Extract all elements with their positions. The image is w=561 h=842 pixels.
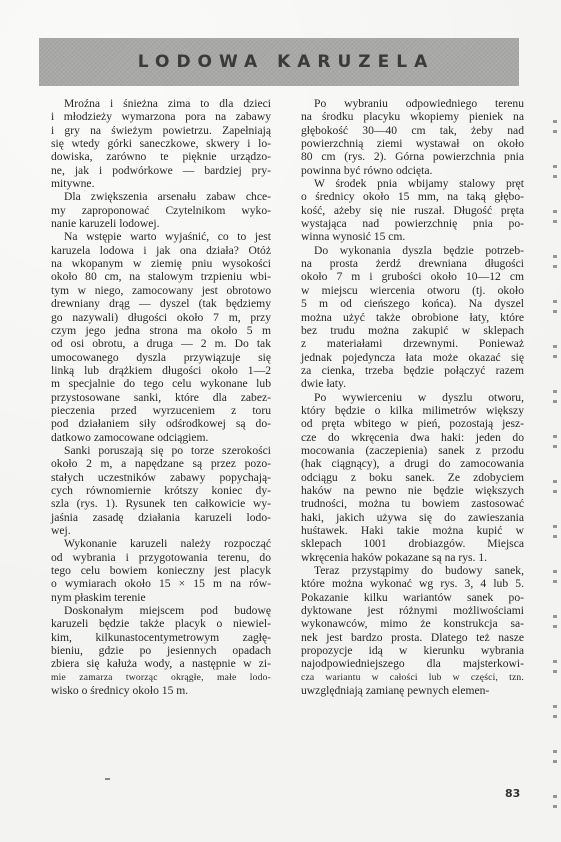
text-line: około 2 m, a napędzane są przez pozo- — [51, 457, 271, 470]
bleed-mark — [553, 535, 557, 538]
text-line: Do wykonania dyszla będzie potrzeb- — [301, 244, 524, 257]
text-line: wykonawców, mimo że konstrukcja sa- — [301, 617, 524, 630]
paragraph: Teraz przystąpimy do budowy sanek,które … — [301, 564, 524, 697]
text-line: dowiska, zarówno te pięknie urządzo- — [51, 150, 271, 163]
text-line: najodpowiedniejszego dla majsterkowi- — [301, 657, 524, 670]
text-line: o średnicy około 15 mm, na taką głębo- — [301, 190, 524, 203]
text-line: winna wynosić 15 cm. — [301, 230, 524, 243]
bleed-mark — [553, 750, 557, 753]
text-line: tego celu bowiem konieczny jest placyk — [51, 564, 271, 577]
text-line: W środek pnia wbijamy stalowy pręt — [301, 177, 524, 190]
text-line: na wkopanym w ziemię pniu wysokości — [51, 257, 271, 270]
text-line: na środku placyku wkopiemy pieniek na — [301, 110, 524, 123]
text-line: powinna być równo odcięta. — [301, 164, 524, 177]
text-line: od pręta wbitego w pień, pozostają jesz- — [301, 417, 524, 430]
text-line: huśtawek. Haki takie można kupić w — [301, 524, 524, 537]
bleed-mark — [553, 795, 557, 798]
paragraph: Wykonanie karuzeli należy rozpocząćod wy… — [51, 537, 271, 604]
paragraph: Do wykonania dyszla będzie potrzeb-na pr… — [301, 244, 524, 391]
text-line: 80 cm (rys. 2). Górna powierzchnia pnia — [301, 150, 524, 163]
bleed-mark — [553, 165, 557, 168]
text-line: od osi obrotu, a druga — 2 m. Do tak — [51, 337, 271, 350]
text-line: i młodzieży wymarzona pora na zabawy — [51, 110, 271, 123]
text-line: z materiałami drzewnymi. Ponieważ — [301, 337, 524, 350]
text-line: Wykonanie karuzeli należy rozpocząć — [51, 537, 271, 550]
text-line: wej. — [51, 524, 271, 537]
bleed-mark — [553, 670, 557, 673]
text-line: w miejscu wiercenia otworu (tj. około — [301, 284, 524, 297]
bleed-mark — [553, 625, 557, 628]
text-line: drewniany drąg — dyszel (tak będziemy — [51, 297, 271, 310]
text-line: mitywne. — [51, 177, 271, 190]
text-line: karuzela lodowa i jak ona działa? Otóż — [51, 244, 271, 257]
text-line: dyktowane jest różnymi możliwościami — [301, 604, 524, 617]
text-line: dwie łaty. — [301, 377, 524, 390]
paragraph: Po wybraniu odpowiedniego terenuna środk… — [301, 97, 524, 177]
bleed-mark — [553, 210, 557, 213]
text-line: wystająca nad powierzchnię pnia po- — [301, 217, 524, 230]
text-line: Pokazanie kilku wariantów sanek po- — [301, 591, 524, 604]
text-line: 5 m od cieńszego końca). Na dyszel — [301, 297, 524, 310]
bleed-mark — [553, 255, 557, 258]
bleed-mark — [553, 435, 557, 438]
bleed-mark — [553, 570, 557, 573]
text-line: i gry na świeżym powietrzu. Zapełniają — [51, 124, 271, 137]
text-line: (hak ciągnący), a drugi do zamocowania — [301, 457, 524, 470]
text-line: wisko o średnicy około 15 m. — [51, 684, 271, 697]
text-line: haki, jakich używa się do zawieszania — [301, 511, 524, 524]
text-line: za cienka, trzeba będzie połączyć razem — [301, 364, 524, 377]
text-line: bieniu, gdzie po jesiennych opadach — [51, 644, 271, 657]
text-line: pod działaniem siły odśrodkowej są do- — [51, 417, 271, 430]
text-line: Na wstępie warto wyjaśnić, co to jest — [51, 230, 271, 243]
bleed-mark — [553, 265, 557, 268]
text-line: się wtedy górki saneczkowe, skwery i lo- — [51, 137, 271, 150]
bleed-mark — [553, 445, 557, 448]
text-line: można użyć także obrobione łaty, które — [301, 311, 524, 324]
text-line: o wymiarach około 15 × 15 m na rów- — [51, 577, 271, 590]
text-line: Po wybraniu odpowiedniego terenu — [301, 97, 524, 110]
text-line: głębokość 30—40 cm tak, żeby nad — [301, 124, 524, 137]
paragraph: W środek pnia wbijamy stalowy pręto śred… — [301, 177, 524, 244]
text-line: Po wywierceniu w dyszlu otworu, — [301, 391, 524, 404]
bleed-mark — [553, 390, 557, 393]
text-line: karuzeli będzie także placyk o niewiel- — [51, 617, 271, 630]
paragraph: Sanki poruszają się po torze szerokościo… — [51, 444, 271, 537]
bleed-mark — [553, 480, 557, 483]
text-line: około 7 m i grubości około 10—12 cm — [301, 270, 524, 283]
text-line: kość, ażeby się nie ruszał. Długość pręt… — [301, 204, 524, 217]
text-line: jaśnia zasadę działania karuzeli lodo- — [51, 511, 271, 524]
text-line: m specjalnie do tego celu wykonane lub — [51, 377, 271, 390]
text-line: od wybrania i przygotowania terenu, do — [51, 551, 271, 564]
text-line: około 80 cm, na stalowym trzpieniu wbi- — [51, 270, 271, 283]
bleed-mark — [553, 300, 557, 303]
bleed-mark — [553, 400, 557, 403]
paragraph: Po wywierceniu w dyszlu otworu,który będ… — [301, 391, 524, 564]
paragraph: Doskonałym miejscem pod budowękaruzeli b… — [51, 604, 271, 697]
text-line: Dla zwiększenia arsenału zabaw chce- — [51, 190, 271, 203]
bleed-mark — [553, 805, 557, 808]
text-line: nek jest bardzo prosta. Dlatego też nasz… — [301, 631, 524, 644]
text-line: haków na pewno nie będzie większych — [301, 484, 524, 497]
text-line: szla (rys. 1). Rysunek ten całkowicie wy… — [51, 497, 271, 510]
bleed-mark — [553, 615, 557, 618]
text-line: nym płaskim terenie — [51, 591, 271, 604]
text-line: uwzględniają zamianę pewnych elemen- — [301, 684, 524, 697]
bleed-mark — [553, 580, 557, 583]
text-line: nanie karuzeli lodowej. — [51, 217, 271, 230]
magazine-page: LODOWA KARUZELA Mroźna i śnieżna zima to… — [0, 0, 561, 842]
bleed-mark — [553, 760, 557, 763]
page-number: 83 — [505, 787, 520, 800]
text-line: wkręcenia haków pokazane są na rys. 1. — [301, 551, 524, 564]
bleed-mark — [553, 345, 557, 348]
text-line: czym jego jedna strona ma około 5 m — [51, 324, 271, 337]
text-line: na prosta żerdź drewniana długości — [301, 257, 524, 270]
right-text-column: Po wybraniu odpowiedniego terenuna środk… — [301, 97, 524, 697]
text-line: bez trudu można zakupić w sklepach — [301, 324, 524, 337]
bleed-mark — [553, 490, 557, 493]
text-line: przystosowane sanki, które dla zabez- — [51, 391, 271, 404]
text-line: powierzchnią ziemi wystawał on około — [301, 137, 524, 150]
text-line: jednak pojedyncza łata może okazać się — [301, 351, 524, 364]
text-line: trudności, można tu bowiem zastosować — [301, 497, 524, 510]
article-title: LODOWA KARUZELA — [138, 52, 434, 72]
text-line: cych równomiernie krótszy koniec dy- — [51, 484, 271, 497]
text-line: odciągu z boku sanek. Ze zdobyciem — [301, 471, 524, 484]
text-line: ne, jak i podwórkowe — bardziej pry- — [51, 164, 271, 177]
text-line: umocowanego dyszla przywiązuje się — [51, 351, 271, 364]
print-mark — [105, 778, 110, 780]
bleed-mark — [553, 175, 557, 178]
text-line: które można wykonać wg rys. 3, 4 lub 5. — [301, 577, 524, 590]
text-line: go nazywali) długości około 7 m, przy — [51, 311, 271, 324]
bleed-mark — [553, 705, 557, 708]
text-line: cze do wkręcenia dwa haki: jeden do — [301, 431, 524, 444]
bleed-mark — [553, 660, 557, 663]
text-line: który będzie o kilka milimetrów większy — [301, 404, 524, 417]
bleed-mark — [553, 130, 557, 133]
text-line: datkowo zamocowane odciągiem. — [51, 431, 271, 444]
text-line: tym w niego, zamocowany jest obrotowo — [51, 284, 271, 297]
text-line: kim, kilkunastocentymetrowym zagłę- — [51, 631, 271, 644]
left-text-column: Mroźna i śnieżna zima to dla dziecii mło… — [51, 97, 271, 697]
bleed-mark — [553, 525, 557, 528]
bleed-mark — [553, 355, 557, 358]
paragraph: Na wstępie warto wyjaśnić, co to jestkar… — [51, 230, 271, 444]
title-banner: LODOWA KARUZELA — [39, 38, 519, 86]
text-line: linką lub drążkiem długości około 1—2 — [51, 364, 271, 377]
text-line: propozycje idą w kierunku wybrania — [301, 644, 524, 657]
text-line: mocowania (zaczepienia) sanek z przodu — [301, 444, 524, 457]
text-line: Doskonałym miejscem pod budowę — [51, 604, 271, 617]
text-line: mie zamarza tworząc okrągłe, małe lodo- — [51, 671, 271, 684]
bleed-mark — [553, 715, 557, 718]
text-line: pieczenia przed wyrzuceniem z toru — [51, 404, 271, 417]
paragraph: Dla zwiększenia arsenału zabaw chce-my z… — [51, 190, 271, 230]
text-line: stałych uczestników zabawy popychają- — [51, 471, 271, 484]
text-line: Mroźna i śnieżna zima to dla dzieci — [51, 97, 271, 110]
paragraph: Mroźna i śnieżna zima to dla dziecii mło… — [51, 97, 271, 190]
text-line: Teraz przystąpimy do budowy sanek, — [301, 564, 524, 577]
bleed-mark — [553, 120, 557, 123]
text-line: zbiera się kałuża wody, a następnie w zi… — [51, 657, 271, 670]
text-line: Sanki poruszają się po torze szerokości — [51, 444, 271, 457]
text-line: cza wariantu w całości lub w części, tzn… — [301, 671, 524, 684]
bleed-mark — [553, 220, 557, 223]
text-line: my zaproponować Czytelnikom wyko- — [51, 204, 271, 217]
bleed-mark — [553, 310, 557, 313]
text-line: sklepach 1001 drobiazgów. Miejsca — [301, 537, 524, 550]
